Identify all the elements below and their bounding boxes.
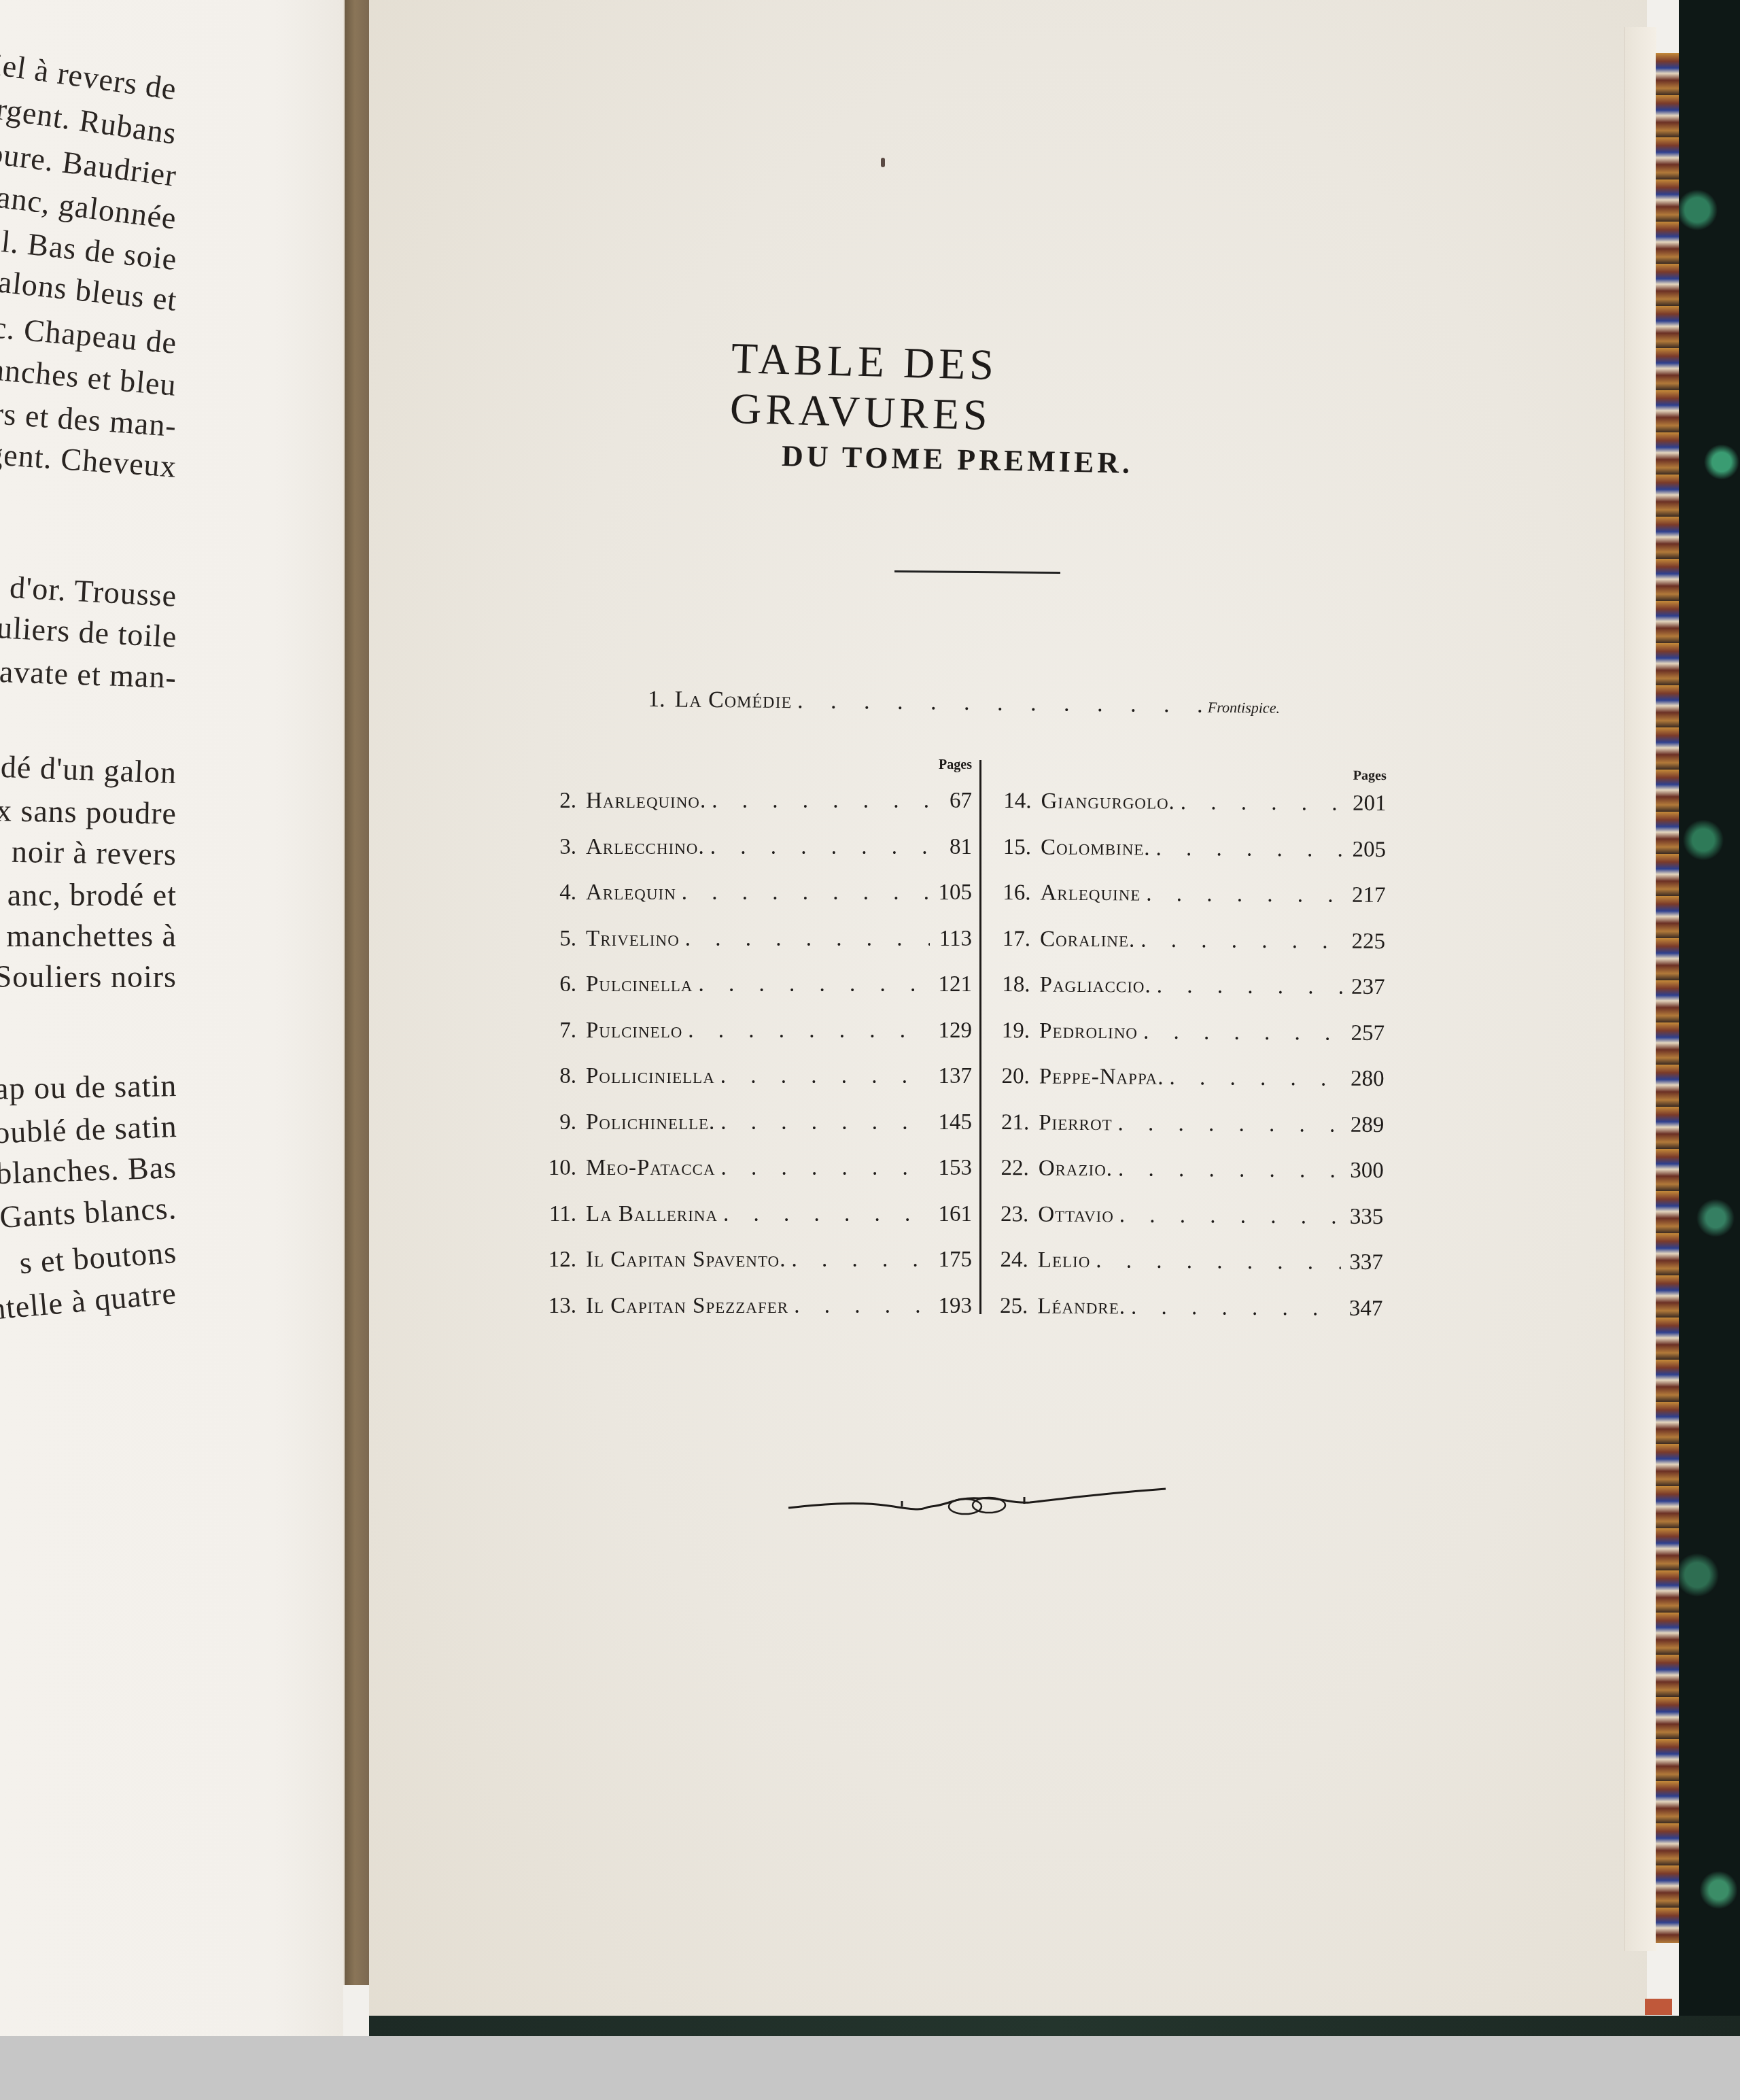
toc-entry: 20.Peppe-Nappa.. . . . . . . . . . . . .… bbox=[990, 1064, 1384, 1113]
left-page-line: x sans poudre bbox=[0, 792, 177, 831]
left-page-line: manchettes à bbox=[6, 918, 177, 954]
entry-page: 121 bbox=[930, 972, 972, 997]
entry-number: 16. bbox=[991, 880, 1030, 906]
entry-number: 11. bbox=[537, 1202, 576, 1227]
entry-number: 10. bbox=[537, 1156, 576, 1181]
dot-leader: . . . . . . . . . . . . . . . . . . . . bbox=[1090, 1248, 1341, 1275]
entry-name: Pedrolino bbox=[1039, 1018, 1138, 1044]
entry-page: 161 bbox=[930, 1202, 972, 1227]
entry-page: 257 bbox=[1342, 1020, 1385, 1046]
entry-page: 300 bbox=[1342, 1158, 1384, 1184]
toc-entry: 13.Il Capitan Spezzafer. . . . . . . . .… bbox=[537, 1294, 972, 1340]
entry-number: 20. bbox=[990, 1064, 1030, 1089]
entry-name: Léandre. bbox=[1037, 1294, 1126, 1320]
entry-name: Ottavio bbox=[1038, 1202, 1114, 1228]
dot-leader: . . . . . . . . . . . . . . . . . . . . bbox=[676, 880, 930, 906]
dot-leader: . . . . . . . . . . . . . . . . . . . . bbox=[1138, 1019, 1342, 1046]
left-page-line: avate et man- bbox=[0, 653, 177, 695]
entry-page: 335 bbox=[1341, 1204, 1383, 1229]
left-page-line: ntelle à quatre bbox=[0, 1275, 178, 1327]
entry-name: Meo-Patacca bbox=[586, 1156, 716, 1181]
entry-page: 105 bbox=[930, 880, 972, 906]
dot-leader: . . . . . . . . . . . . . . . . . . . . bbox=[1151, 836, 1344, 862]
toc-entry: 19.Pedrolino. . . . . . . . . . . . . . … bbox=[990, 1018, 1385, 1067]
fleuron-ornament-icon bbox=[785, 1482, 1172, 1523]
dot-leader: . . . . . . . . . . . . . . . . . . . . bbox=[1151, 974, 1343, 1000]
dot-leader: . . . . . . . . . . . . . . . . . . . . bbox=[705, 835, 930, 860]
entry-name: Peppe-Nappa. bbox=[1039, 1064, 1164, 1090]
toc-entry: 5.Trivelino. . . . . . . . . . . . . . .… bbox=[537, 927, 972, 973]
dot-leader: . . . . . . . . . . . . . . . . . . . . bbox=[788, 1294, 930, 1319]
dot-leader: . . . . . . . . . . . . . . . . . . . . bbox=[1135, 927, 1343, 954]
entry-name: Trivelino bbox=[586, 927, 680, 952]
toc-entry: 11.La Ballerina. . . . . . . . . . . . .… bbox=[537, 1202, 972, 1248]
dot-leader: . . . . . . . . . . . . . . . . . . . . bbox=[1141, 882, 1343, 908]
toc-entry: 15.Colombine.. . . . . . . . . . . . . .… bbox=[992, 834, 1386, 883]
dot-leader: . . . . . . . . . . . . . . . . . . . . bbox=[716, 1156, 930, 1181]
entry-name: Pagliaccio. bbox=[1040, 972, 1151, 998]
entry-page: 67 bbox=[930, 789, 972, 814]
dot-leader: . . . . . . . . . . . . . . . . . . . . bbox=[1113, 1156, 1342, 1183]
entry-name: Coraline. bbox=[1040, 927, 1135, 952]
entry-number: 23. bbox=[989, 1201, 1028, 1226]
left-page-line: dé d'un galon bbox=[0, 748, 177, 791]
left-page-text: iel à revers dergent. Rubanspure. Baudri… bbox=[0, 0, 343, 2100]
entry-name: Lelio bbox=[1038, 1247, 1091, 1273]
page-edge bbox=[1624, 27, 1656, 1951]
dot-leader: . . . . . . . . . . . . . . . . . . . . bbox=[1164, 1065, 1342, 1092]
entry-page: 81 bbox=[930, 835, 972, 860]
entry-number: 12. bbox=[537, 1247, 576, 1273]
toc-entry: 6.Pulcinella. . . . . . . . . . . . . . … bbox=[537, 972, 972, 1018]
entry-name: Harlequino. bbox=[586, 789, 706, 814]
dot-leader: . . . . . . . . . . . . . . . . . . . . bbox=[1112, 1111, 1342, 1137]
entry-number: 7. bbox=[537, 1018, 576, 1044]
entry-page: Frontispice. bbox=[1208, 699, 1280, 717]
entry-name: Arlecchino. bbox=[586, 835, 705, 860]
entry-name: Orazio. bbox=[1039, 1156, 1113, 1182]
toc-entry: 18.Pagliaccio.. . . . . . . . . . . . . … bbox=[990, 972, 1385, 1021]
marbled-endpaper-edge bbox=[1656, 53, 1679, 1943]
left-page-line: gent. Cheveux bbox=[0, 436, 178, 485]
entry-number: 3. bbox=[537, 835, 576, 860]
toc-entry: 3.Arlecchino.. . . . . . . . . . . . . .… bbox=[537, 835, 972, 881]
left-page-line: c. Chapeau de bbox=[0, 309, 178, 361]
red-page-tab bbox=[1645, 1999, 1672, 2015]
entry-number: 15. bbox=[992, 834, 1031, 859]
toc-entry: 8.Polliciniella. . . . . . . . . . . . .… bbox=[537, 1064, 972, 1110]
entry-number: 2. bbox=[537, 789, 576, 814]
toc-entry: 25.Léandre.. . . . . . . . . . . . . . .… bbox=[988, 1293, 1382, 1342]
left-page-line: blanches. Bas bbox=[0, 1149, 177, 1191]
entry-page: 137 bbox=[930, 1064, 972, 1089]
left-page-line: uliers de toile bbox=[0, 609, 177, 655]
entry-page: 347 bbox=[1340, 1296, 1382, 1321]
entry-number: 8. bbox=[537, 1064, 576, 1089]
entry-name: Polliciniella bbox=[586, 1064, 715, 1089]
entry-number: 18. bbox=[991, 972, 1030, 997]
entry-name: Colombine. bbox=[1041, 835, 1151, 861]
dot-leader: . . . . . . . . . . . . . . . . . . . . bbox=[786, 1247, 930, 1273]
toc-entry: 23.Ottavio. . . . . . . . . . . . . . . … bbox=[989, 1201, 1383, 1250]
entry-page: 129 bbox=[930, 1018, 972, 1044]
toc-entry: 9.Polichinelle.. . . . . . . . . . . . .… bbox=[537, 1110, 972, 1156]
entry-number: 9. bbox=[537, 1110, 576, 1135]
dot-leader: . . . . . . . . . . . . . . . . . . . . bbox=[1126, 1294, 1341, 1321]
column-divider bbox=[979, 760, 981, 1314]
entry-name: Arlequin bbox=[586, 880, 676, 906]
entry-number: 21. bbox=[990, 1109, 1029, 1135]
entry-number: 5. bbox=[537, 927, 576, 952]
entry-number: 1. bbox=[648, 687, 665, 712]
left-page-line: rs et des man- bbox=[0, 395, 178, 444]
dot-leader: . . . . . . . . . . . . . . . . . . . . bbox=[693, 972, 930, 997]
dot-leader: . . . . . . . . . . . . . . . . . . . . bbox=[682, 1018, 930, 1044]
entry-number: 24. bbox=[989, 1247, 1028, 1273]
toc-entry: 12.Il Capitan Spavento.. . . . . . . . .… bbox=[537, 1247, 972, 1294]
entry-page: 193 bbox=[930, 1294, 972, 1319]
left-page-line: Souliers noirs bbox=[0, 959, 177, 995]
book-gutter bbox=[343, 0, 370, 1985]
entry-page: 145 bbox=[930, 1110, 972, 1135]
background-surface bbox=[0, 2036, 1740, 2100]
dot-leader: . . . . . . . . . . . . . . . . . . . . bbox=[715, 1064, 930, 1089]
entry-number: 19. bbox=[990, 1018, 1030, 1043]
toc-entry: 17.Coraline.. . . . . . . . . . . . . . … bbox=[991, 926, 1385, 975]
toc-entry: 21.Pierrot. . . . . . . . . . . . . . . … bbox=[990, 1109, 1384, 1158]
entry-name: La Comédie bbox=[674, 687, 792, 714]
entry-page: 153 bbox=[930, 1156, 972, 1181]
toc-entry: 2.Harlequino.. . . . . . . . . . . . . .… bbox=[537, 789, 972, 835]
toc-column-right: Pages 14.Giangurgolo.. . . . . . . . . .… bbox=[988, 755, 1387, 1342]
entry-page: 280 bbox=[1342, 1067, 1385, 1092]
left-page-line: Gants blancs. bbox=[0, 1190, 177, 1235]
page-title: TABLE DES GRAVURES bbox=[729, 333, 1221, 447]
entry-page: 237 bbox=[1342, 975, 1385, 1000]
toc-entry: 16.Arlequine. . . . . . . . . . . . . . … bbox=[991, 880, 1385, 929]
toc-entry: 4.Arlequin. . . . . . . . . . . . . . . … bbox=[537, 880, 972, 927]
entry-number: 4. bbox=[537, 880, 576, 906]
pages-column-header: Pages bbox=[537, 755, 972, 789]
cover-bottom-edge bbox=[369, 2016, 1740, 2036]
dot-leader: . . . . . . . . . . . . . . . . . . bbox=[792, 688, 1208, 718]
entry-name: Pierrot bbox=[1039, 1110, 1113, 1136]
toc-entry: 7.Pulcinelo. . . . . . . . . . . . . . .… bbox=[537, 1018, 972, 1065]
dot-leader: . . . . . . . . . . . . . . . . . . . . bbox=[706, 789, 930, 814]
dot-leader: . . . . . . . . . . . . . . . . . . . . bbox=[1114, 1203, 1342, 1229]
left-page-line: ap ou de satin bbox=[0, 1067, 177, 1107]
left-page-line: anc, brodé et bbox=[7, 877, 177, 913]
entry-page: 175 bbox=[930, 1247, 972, 1273]
marbled-cover bbox=[1679, 0, 1740, 2100]
entry-number: 13. bbox=[537, 1294, 576, 1319]
entry-name: Polichinelle. bbox=[586, 1110, 715, 1135]
left-page-line: oublé de satin bbox=[0, 1108, 177, 1150]
entry-number: 25. bbox=[988, 1293, 1028, 1318]
entry-number: 22. bbox=[990, 1156, 1029, 1181]
dot-leader: . . . . . . . . . . . . . . . . . . . . bbox=[715, 1110, 930, 1135]
toc-entry: 10.Meo-Patacca. . . . . . . . . . . . . … bbox=[537, 1156, 972, 1202]
entry-name: Il Capitan Spezzafer bbox=[586, 1294, 788, 1319]
entry-page: 205 bbox=[1344, 837, 1386, 862]
entry-page: 289 bbox=[1342, 1112, 1384, 1137]
dot-leader: . . . . . . . . . . . . . . . . . . . . bbox=[680, 927, 930, 952]
entry-number: 6. bbox=[537, 972, 576, 997]
left-page-line: e d'or. Trousse bbox=[0, 568, 177, 614]
left-page: iel à revers dergent. Rubanspure. Baudri… bbox=[0, 0, 343, 2100]
entry-name: Pulcinelo bbox=[586, 1018, 682, 1044]
left-page-line: s et boutons bbox=[18, 1234, 178, 1281]
entry-number: 17. bbox=[991, 926, 1030, 951]
paper-speck bbox=[881, 158, 885, 167]
entry-page: 217 bbox=[1343, 883, 1385, 908]
toc-column-left: Pages 2.Harlequino.. . . . . . . . . . .… bbox=[537, 755, 972, 1339]
entry-name: Il Capitan Spavento. bbox=[586, 1247, 786, 1273]
entry-page: 225 bbox=[1343, 929, 1385, 954]
toc-entry: 22.Orazio.. . . . . . . . . . . . . . . … bbox=[989, 1156, 1383, 1205]
left-page-line: noir à revers bbox=[12, 833, 177, 872]
pages-column-header: Pages bbox=[992, 763, 1387, 799]
toc-entry: 24.Lelio. . . . . . . . . . . . . . . . … bbox=[988, 1247, 1382, 1296]
toc-entry-frontispiece: 1. La Comédie . . . . . . . . . . . . . … bbox=[648, 687, 1280, 727]
entry-name: Arlequine bbox=[1040, 880, 1141, 906]
entry-page: 113 bbox=[930, 927, 972, 952]
entry-page: 337 bbox=[1341, 1250, 1383, 1275]
entry-name: La Ballerina bbox=[586, 1202, 718, 1227]
dot-leader: . . . . . . . . . . . . . . . . . . . . bbox=[718, 1202, 930, 1227]
entry-name: Pulcinella bbox=[586, 972, 693, 997]
